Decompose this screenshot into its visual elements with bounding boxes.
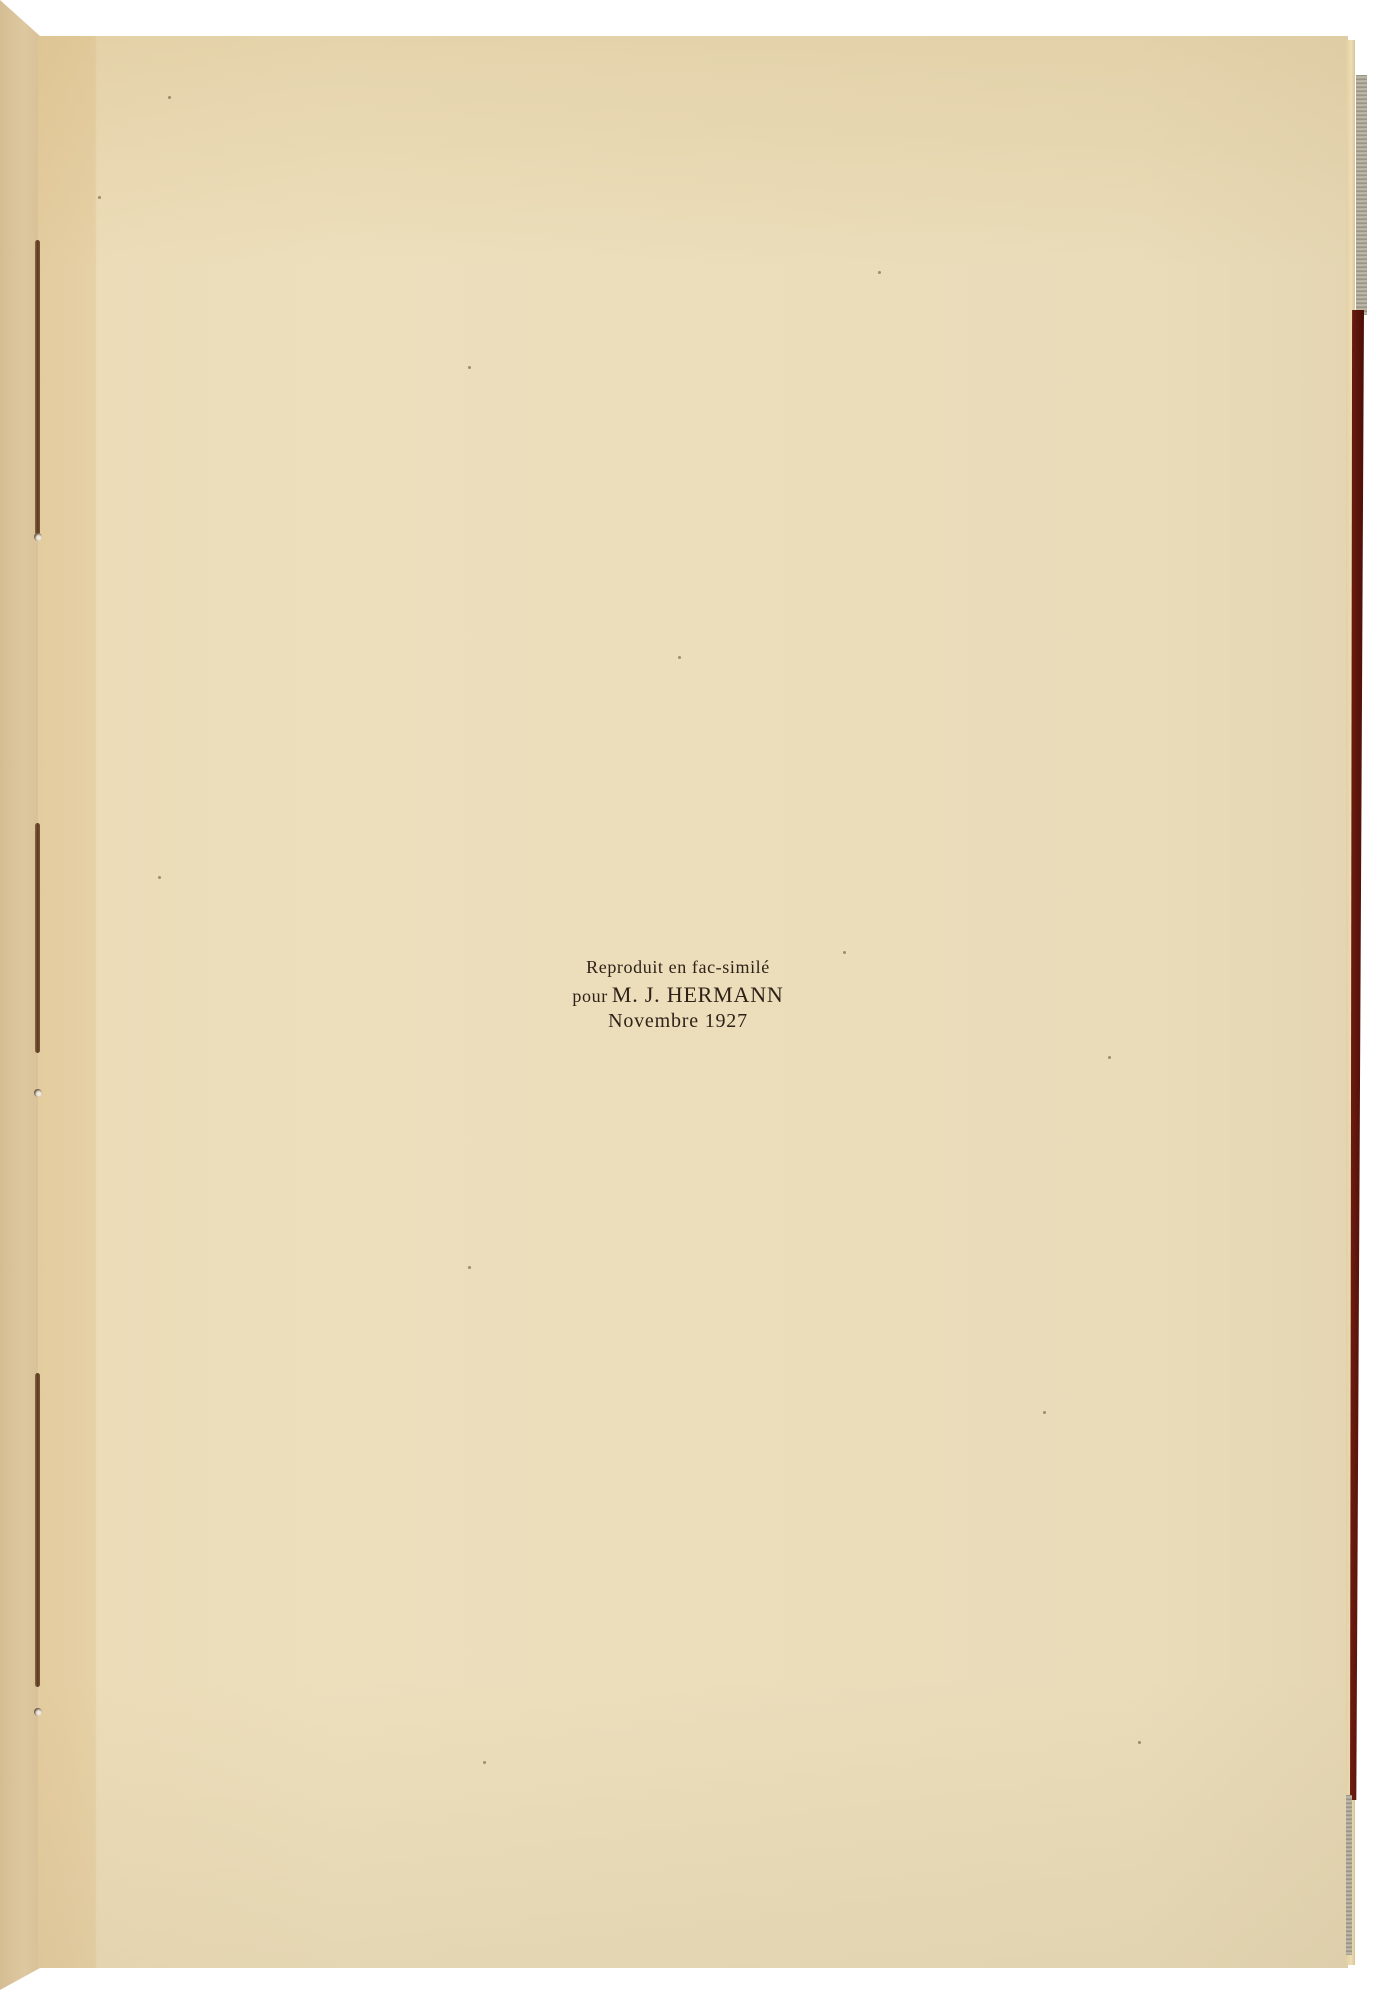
- paper-speck: [468, 366, 471, 369]
- paper-speck: [158, 876, 161, 879]
- red-cover-edge: [1350, 310, 1364, 1800]
- binding-stitch: [35, 823, 40, 1053]
- imprint-pour: pour: [572, 986, 607, 1006]
- paper-speck: [468, 1266, 471, 1269]
- cloth-spine-bottom: [1346, 1795, 1352, 1955]
- paper-speck: [1108, 1056, 1111, 1059]
- imprint-date: Novembre 1927: [540, 1011, 816, 1031]
- binding-stitch: [35, 1373, 40, 1687]
- imprint-line-hermann: pour M. J. HERMANN: [540, 984, 816, 1011]
- stitch-hole: [34, 1708, 42, 1716]
- paper-speck: [878, 271, 881, 274]
- cloth-spine-top: [1356, 75, 1367, 315]
- paper-speck: [678, 656, 681, 659]
- paper-speck: [168, 96, 171, 99]
- colophon-imprint: Reproduit en fac-similé pour M. J. HERMA…: [540, 958, 816, 1031]
- stitch-hole: [34, 533, 42, 541]
- imprint-name: M. J. HERMANN: [612, 982, 784, 1007]
- paper-speck: [483, 1761, 486, 1764]
- gutter-shading: [38, 36, 96, 1968]
- paper-speck: [843, 951, 846, 954]
- paper-speck: [98, 196, 101, 199]
- paper-speck: [1043, 1411, 1046, 1414]
- stitch-hole: [34, 1089, 42, 1097]
- imprint-line-reproduit: Reproduit en fac-similé: [540, 958, 816, 984]
- binding-stitch: [35, 240, 40, 535]
- paper-speck: [1138, 1741, 1141, 1744]
- facing-page-edge: [0, 0, 40, 1990]
